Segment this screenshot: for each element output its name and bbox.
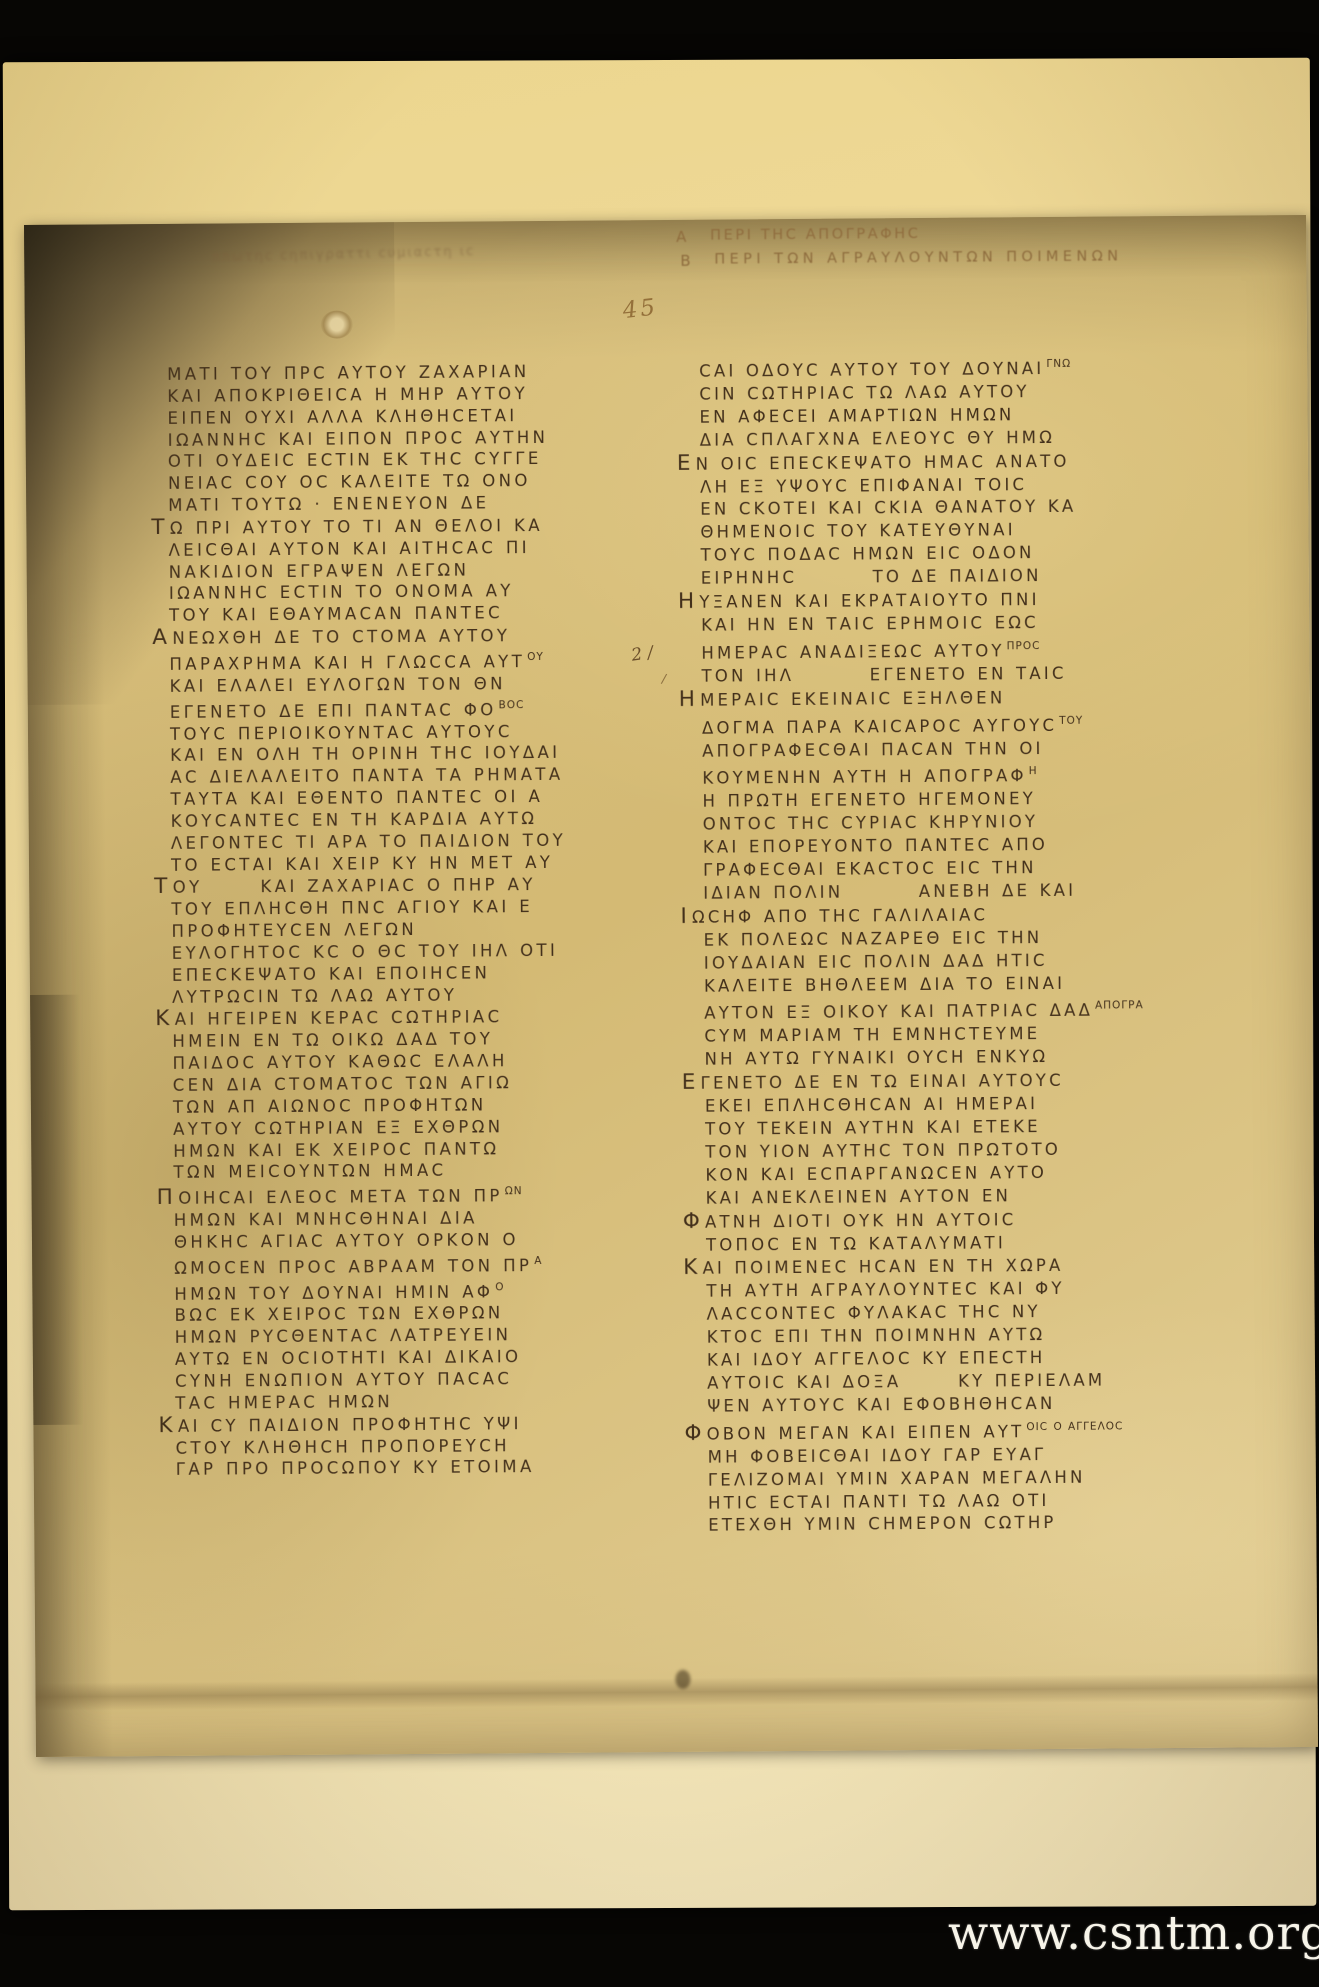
watermark: www.csntm.org bbox=[948, 1906, 1312, 1961]
superscript-text: ΟΥ bbox=[527, 651, 544, 663]
enlarged-initial: Κ bbox=[158, 1413, 176, 1438]
text-line: ΓΑΡ ΠΡΟ ΠΡΟϹΩΠΟΥ ΚΥ ΕΤΟΙΜΑ bbox=[176, 1456, 646, 1482]
superscript-text: ΒΟϹ bbox=[499, 699, 525, 711]
superscript-text: Α bbox=[534, 1255, 542, 1267]
manuscript-leaf: ππωτηϲ ϲηπιγραττι ϲυμιαϲτη ιϲ Α ΠΕΡΙ ΤΗϹ… bbox=[24, 215, 1318, 1757]
ink-blot bbox=[675, 1670, 690, 1689]
enlarged-initial: Ε bbox=[677, 450, 694, 475]
book-page: ππωτηϲ ϲηπιγραττι ϲυμιαϲτη ιϲ Α ΠΕΡΙ ΤΗϹ… bbox=[3, 58, 1316, 1911]
text-line: ΕΤΕΧΘΗ ΥΜΙΝ ϹΗΜΕΡΟΝ ϹΩΤΗΡ bbox=[708, 1511, 1188, 1538]
right-text-column: ϹΑΙ ΟΔΟΥϹ ΑΥΤΟΥ ΤΟΥ ΔΟΥΝΑΙΓΝΩϹΙΝ ϹΩΤΗΡΙΑ… bbox=[699, 352, 1188, 1538]
text-line: ΑΥΤΟΝ ΕΞ ΟΙΚΟΥ ΚΑΙ ΠΑΤΡΙΑϹ ΔΑΔΑΠΟΓΡΑ bbox=[704, 994, 1184, 1026]
superscript-text: Η bbox=[1029, 765, 1038, 777]
text-line: ΦΟΒΟΝ ΜΕΓΑΝ ΚΑΙ ΕΙΠΕΝ ΑΥΤΟΙϹ Ο ΑΓΓΕΛΟϹ bbox=[707, 1415, 1187, 1447]
text-line: ΔΟΓΜΑ ΠΑΡΑ ΚΑΙϹΑΡΟϹ ΑΥΓΟΥϹΤΟΥ bbox=[702, 709, 1182, 741]
chapter-title-b: ΠΕΡΙ ΤΩΝ ΑΓΡΑΥΛΟΥΝΤΩΝ ΠΟΙΜΕΝΩΝ bbox=[714, 248, 1122, 269]
enlarged-initial: Κ bbox=[155, 1006, 173, 1031]
enlarged-initial: Ι bbox=[680, 904, 690, 929]
enlarged-initial: Κ bbox=[683, 1255, 701, 1280]
enlarged-initial: Α bbox=[152, 625, 170, 650]
parchment-spot bbox=[321, 310, 353, 338]
text-line: ϹΑΙ ΟΔΟΥϹ ΑΥΤΟΥ ΤΟΥ ΔΟΥΝΑΙΓΝΩ bbox=[699, 352, 1179, 384]
text-line: ΕΓΕΝΕΤΟ ΔΕ ΕΠΙ ΠΑΝΤΑϹ ΦΟΒΟϹ bbox=[170, 694, 640, 724]
folio-number: 45 bbox=[621, 294, 659, 324]
margin-tick: / bbox=[660, 672, 667, 688]
text-line: ΩΜΟϹΕΝ ΠΡΟϹ ΑΒΡΑΑΜ ΤΟΝ ΠΡΑ bbox=[174, 1250, 644, 1280]
text-line: ΗΜΕΡΑϹ ΑΝΑΔΙΞΕΩϹ ΑΥΤΟΥΠΡΟϹ bbox=[701, 634, 1181, 666]
chapter-title-row-a: Α ΠΕΡΙ ΤΗϹ ΑΠΟΓΡΑΦΗϹ bbox=[676, 226, 921, 246]
enlarged-initial: Η bbox=[679, 686, 699, 711]
superscript-text: ΤΟΥ bbox=[1059, 714, 1083, 726]
text-line: ΗΜΩΝ ΤΟΥ ΔΟΥΝΑΙ ΗΜΙΝ ΑΦΟ bbox=[174, 1276, 644, 1306]
text-line: ΚΟΥΜΕΝΗΝ ΑΥΤΗ Η ΑΠΟΓΡΑΦΗ bbox=[702, 759, 1182, 791]
chapter-marker-b: Β bbox=[680, 252, 714, 270]
chapter-title-row-b: Β ΠΕΡΙ ΤΩΝ ΑΓΡΑΥΛΟΥΝΤΩΝ ΠΟΙΜΕΝΩΝ bbox=[680, 248, 1122, 269]
edge-stain bbox=[30, 995, 83, 1425]
left-text-column: ΜΑΤΙ ΤΟΥ ΠΡϹ ΑΥΤΟΥ ΖΑΧΑΡΙΑΝΚΑΙ ΑΠΟΚΡΙΘΕΙ… bbox=[167, 360, 646, 1481]
chapter-marker-a: Α bbox=[676, 228, 710, 246]
enlarged-initial: Φ bbox=[684, 1420, 704, 1445]
enlarged-initial: Π bbox=[157, 1185, 177, 1210]
chapter-title-a: ΠΕΡΙ ΤΗϹ ΑΠΟΓΡΑΦΗϹ bbox=[710, 226, 921, 246]
enlarged-initial: Τ bbox=[154, 874, 171, 899]
superscript-text: ΓΝΩ bbox=[1046, 358, 1071, 370]
enlarged-initial: Τ bbox=[151, 515, 168, 540]
superscript-text: Ο bbox=[495, 1281, 504, 1293]
enlarged-initial: Ε bbox=[682, 1070, 699, 1095]
superscript-text: ΩΝ bbox=[505, 1185, 523, 1197]
superscript-text: ΟΙϹ Ο ΑΓΓΕΛΟϹ bbox=[1026, 1420, 1123, 1433]
enlarged-initial: Η bbox=[678, 589, 698, 614]
enlarged-initial: Φ bbox=[683, 1208, 703, 1233]
superscript-text: ΠΡΟϹ bbox=[1007, 640, 1041, 652]
text-line: ΠΟΙΗϹΑΙ ΕΛΕΟϹ ΜΕΤΑ ΤΩΝ ΠΡΩΝ bbox=[174, 1180, 644, 1210]
text-line: ΠΑΡΑΧΡΗΜΑ ΚΑΙ Η ΓΛΩϹϹΑ ΑΥΤΟΥ bbox=[169, 646, 639, 676]
superscript-text: ΑΠΟΓΡΑ bbox=[1095, 1000, 1144, 1012]
